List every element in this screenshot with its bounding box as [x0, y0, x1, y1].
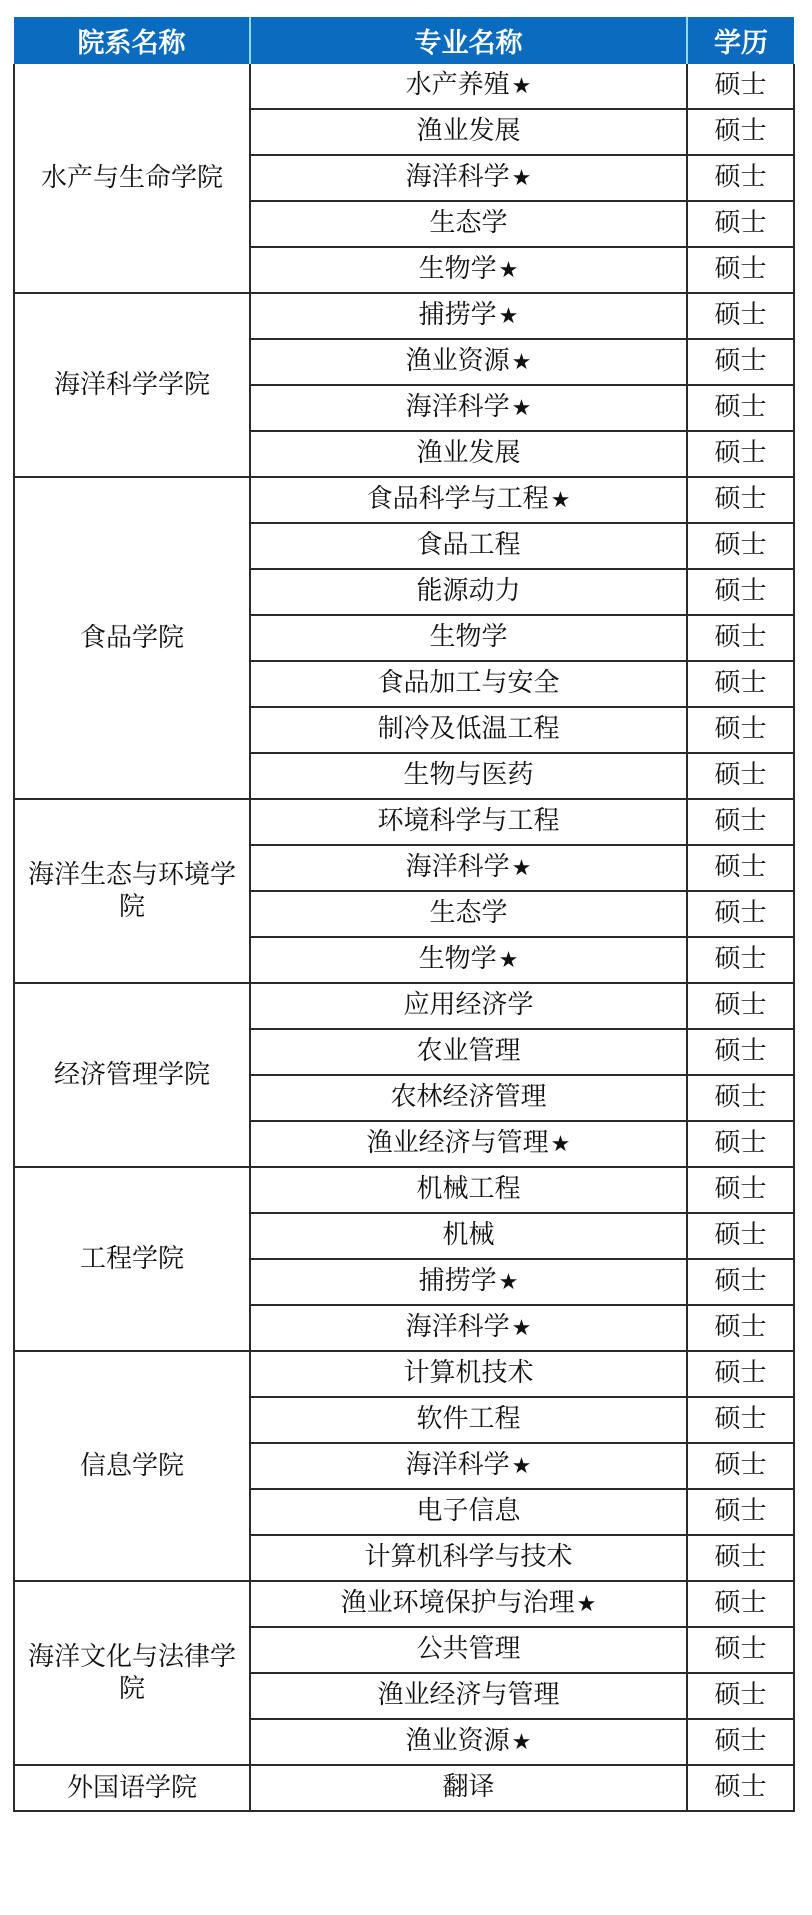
star-icon: ★: [512, 856, 532, 881]
table-body: 水产与生命学院水产养殖★硕士渔业发展硕士海洋科学★硕士生态学硕士生物学★硕士海洋…: [14, 64, 794, 1811]
major-name: 生态学: [429, 898, 507, 928]
degree-cell: 硕士: [687, 1443, 794, 1489]
degree-cell: 硕士: [687, 1029, 794, 1075]
major-name-cell: 生物与医药: [250, 753, 687, 799]
star-icon: ★: [512, 166, 532, 191]
major-name-cell: 渔业资源★: [250, 1719, 687, 1765]
major-name: 海洋科学: [406, 852, 510, 882]
star-icon: ★: [512, 350, 532, 375]
star-icon: ★: [512, 396, 532, 421]
header-row: 院系名称 专业名称 学历: [14, 17, 794, 64]
degree-cell: 硕士: [687, 845, 794, 891]
major-name: 生物学: [419, 944, 497, 974]
college-name-cell: 经济管理学院: [14, 983, 250, 1167]
degree-cell: 硕士: [687, 1213, 794, 1259]
degree-cell: 硕士: [687, 155, 794, 201]
college-name-cell: 海洋文化与法律学院: [14, 1581, 250, 1765]
star-icon: ★: [551, 1132, 571, 1157]
star-icon: ★: [577, 1592, 597, 1617]
major-name-cell: 海洋科学★: [250, 1305, 687, 1351]
star-icon: ★: [512, 1316, 532, 1341]
major-name-cell: 应用经济学: [250, 983, 687, 1029]
degree-cell: 硕士: [687, 707, 794, 753]
major-name-cell: 公共管理: [250, 1627, 687, 1673]
major-name-cell: 生物学: [250, 615, 687, 661]
major-name: 渔业资源: [406, 1726, 510, 1756]
major-name: 渔业经济与管理: [367, 1128, 549, 1158]
degree-cell: 硕士: [687, 753, 794, 799]
major-name-cell: 生态学: [250, 201, 687, 247]
major-name-cell: 农林经济管理: [250, 1075, 687, 1121]
major-name-cell: 渔业发展: [250, 109, 687, 155]
degree-cell: 硕士: [687, 1581, 794, 1627]
star-icon: ★: [551, 488, 571, 513]
star-icon: ★: [512, 74, 532, 99]
degree-cell: 硕士: [687, 293, 794, 339]
degree-cell: 硕士: [687, 385, 794, 431]
degree-cell: 硕士: [687, 247, 794, 293]
major-name: 计算机技术: [403, 1358, 533, 1388]
table-row: 海洋生态与环境学院环境科学与工程硕士: [14, 799, 794, 845]
table-header: 院系名称 专业名称 学历: [14, 17, 794, 64]
major-name-cell: 制冷及低温工程: [250, 707, 687, 753]
degree-cell: 硕士: [687, 1719, 794, 1765]
major-name: 水产养殖: [406, 70, 510, 100]
major-name: 渔业环境保护与治理: [341, 1588, 575, 1618]
major-name: 农林经济管理: [390, 1082, 546, 1112]
degree-cell: 硕士: [687, 1121, 794, 1167]
major-name: 渔业发展: [416, 438, 520, 468]
degree-cell: 硕士: [687, 523, 794, 569]
degree-cell: 硕士: [687, 109, 794, 155]
degree-cell: 硕士: [687, 891, 794, 937]
star-icon: ★: [512, 1730, 532, 1755]
star-icon: ★: [499, 258, 519, 283]
major-name: 生物学: [419, 254, 497, 284]
major-name: 农业管理: [416, 1036, 520, 1066]
major-name: 海洋科学: [406, 392, 510, 422]
table-row: 水产与生命学院水产养殖★硕士: [14, 64, 794, 109]
major-name: 海洋科学: [406, 1312, 510, 1342]
degree-cell: 硕士: [687, 1167, 794, 1213]
star-icon: ★: [499, 304, 519, 329]
header-degree: 学历: [687, 17, 794, 64]
table-row: 信息学院计算机技术硕士: [14, 1351, 794, 1397]
table-row: 工程学院机械工程硕士: [14, 1167, 794, 1213]
major-name-cell: 捕捞学★: [250, 293, 687, 339]
degree-cell: 硕士: [687, 1535, 794, 1581]
star-icon: ★: [499, 1270, 519, 1295]
degree-cell: 硕士: [687, 569, 794, 615]
major-name: 公共管理: [416, 1634, 520, 1664]
degree-cell: 硕士: [687, 1765, 794, 1811]
degree-cell: 硕士: [687, 799, 794, 845]
major-name-cell: 海洋科学★: [250, 1443, 687, 1489]
major-name: 环境科学与工程: [377, 806, 559, 836]
major-name-cell: 环境科学与工程: [250, 799, 687, 845]
degree-cell: 硕士: [687, 431, 794, 477]
programs-table: 院系名称 专业名称 学历 水产与生命学院水产养殖★硕士渔业发展硕士海洋科学★硕士…: [13, 17, 795, 1812]
degree-cell: 硕士: [687, 1627, 794, 1673]
major-name-cell: 生态学: [250, 891, 687, 937]
major-name-cell: 海洋科学★: [250, 385, 687, 431]
major-name: 机械工程: [416, 1174, 520, 1204]
major-name: 食品加工与安全: [377, 668, 559, 698]
major-name-cell: 计算机科学与技术: [250, 1535, 687, 1581]
table-row: 外国语学院翻译硕士: [14, 1765, 794, 1811]
major-name-cell: 渔业经济与管理: [250, 1673, 687, 1719]
major-name: 生物学: [429, 622, 507, 652]
major-name-cell: 生物学★: [250, 937, 687, 983]
major-name: 捕捞学: [419, 300, 497, 330]
degree-cell: 硕士: [687, 477, 794, 523]
degree-cell: 硕士: [687, 1397, 794, 1443]
major-name-cell: 翻译: [250, 1765, 687, 1811]
major-name-cell: 电子信息: [250, 1489, 687, 1535]
star-icon: ★: [512, 1454, 532, 1479]
header-college-name: 院系名称: [14, 17, 250, 64]
college-name-cell: 信息学院: [14, 1351, 250, 1581]
degree-cell: 硕士: [687, 937, 794, 983]
degree-cell: 硕士: [687, 339, 794, 385]
major-name-cell: 渔业经济与管理★: [250, 1121, 687, 1167]
table-row: 海洋文化与法律学院渔业环境保护与治理★硕士: [14, 1581, 794, 1627]
major-name-cell: 渔业资源★: [250, 339, 687, 385]
major-name: 捕捞学: [419, 1266, 497, 1296]
major-name-cell: 机械: [250, 1213, 687, 1259]
major-name: 软件工程: [416, 1404, 520, 1434]
college-name-cell: 海洋科学学院: [14, 293, 250, 477]
major-name-cell: 捕捞学★: [250, 1259, 687, 1305]
major-name-cell: 计算机技术: [250, 1351, 687, 1397]
major-name: 食品工程: [416, 530, 520, 560]
programs-table-container: 院系名称 专业名称 学历 水产与生命学院水产养殖★硕士渔业发展硕士海洋科学★硕士…: [13, 17, 793, 1812]
major-name-cell: 食品加工与安全: [250, 661, 687, 707]
major-name-cell: 机械工程: [250, 1167, 687, 1213]
major-name: 应用经济学: [403, 990, 533, 1020]
major-name-cell: 软件工程: [250, 1397, 687, 1443]
table-row: 食品学院食品科学与工程★硕士: [14, 477, 794, 523]
table-row: 海洋科学学院捕捞学★硕士: [14, 293, 794, 339]
major-name-cell: 海洋科学★: [250, 155, 687, 201]
major-name: 计算机科学与技术: [364, 1542, 572, 1572]
major-name: 渔业发展: [416, 116, 520, 146]
major-name: 食品科学与工程: [367, 484, 549, 514]
major-name: 海洋科学: [406, 162, 510, 192]
degree-cell: 硕士: [687, 64, 794, 109]
major-name-cell: 渔业发展: [250, 431, 687, 477]
degree-cell: 硕士: [687, 983, 794, 1029]
major-name-cell: 食品科学与工程★: [250, 477, 687, 523]
degree-cell: 硕士: [687, 615, 794, 661]
major-name: 海洋科学: [406, 1450, 510, 1480]
major-name: 渔业资源: [406, 346, 510, 376]
college-name-cell: 外国语学院: [14, 1765, 250, 1811]
header-major-name: 专业名称: [250, 17, 687, 64]
major-name-cell: 海洋科学★: [250, 845, 687, 891]
major-name: 渔业经济与管理: [377, 1680, 559, 1710]
star-icon: ★: [499, 948, 519, 973]
major-name-cell: 食品工程: [250, 523, 687, 569]
major-name-cell: 农业管理: [250, 1029, 687, 1075]
degree-cell: 硕士: [687, 1673, 794, 1719]
degree-cell: 硕士: [687, 1259, 794, 1305]
college-name-cell: 水产与生命学院: [14, 64, 250, 293]
major-name: 制冷及低温工程: [377, 714, 559, 744]
degree-cell: 硕士: [687, 1305, 794, 1351]
college-name-cell: 工程学院: [14, 1167, 250, 1351]
major-name: 能源动力: [416, 576, 520, 606]
degree-cell: 硕士: [687, 1351, 794, 1397]
college-name-cell: 食品学院: [14, 477, 250, 799]
degree-cell: 硕士: [687, 201, 794, 247]
major-name-cell: 生物学★: [250, 247, 687, 293]
major-name-cell: 能源动力: [250, 569, 687, 615]
table-row: 经济管理学院应用经济学硕士: [14, 983, 794, 1029]
major-name: 电子信息: [416, 1496, 520, 1526]
major-name-cell: 渔业环境保护与治理★: [250, 1581, 687, 1627]
college-name-cell: 海洋生态与环境学院: [14, 799, 250, 983]
major-name: 翻译: [442, 1772, 494, 1802]
major-name-cell: 水产养殖★: [250, 64, 687, 109]
major-name: 机械: [442, 1220, 494, 1250]
major-name: 生态学: [429, 208, 507, 238]
degree-cell: 硕士: [687, 1489, 794, 1535]
degree-cell: 硕士: [687, 1075, 794, 1121]
major-name: 生物与医药: [403, 760, 533, 790]
degree-cell: 硕士: [687, 661, 794, 707]
